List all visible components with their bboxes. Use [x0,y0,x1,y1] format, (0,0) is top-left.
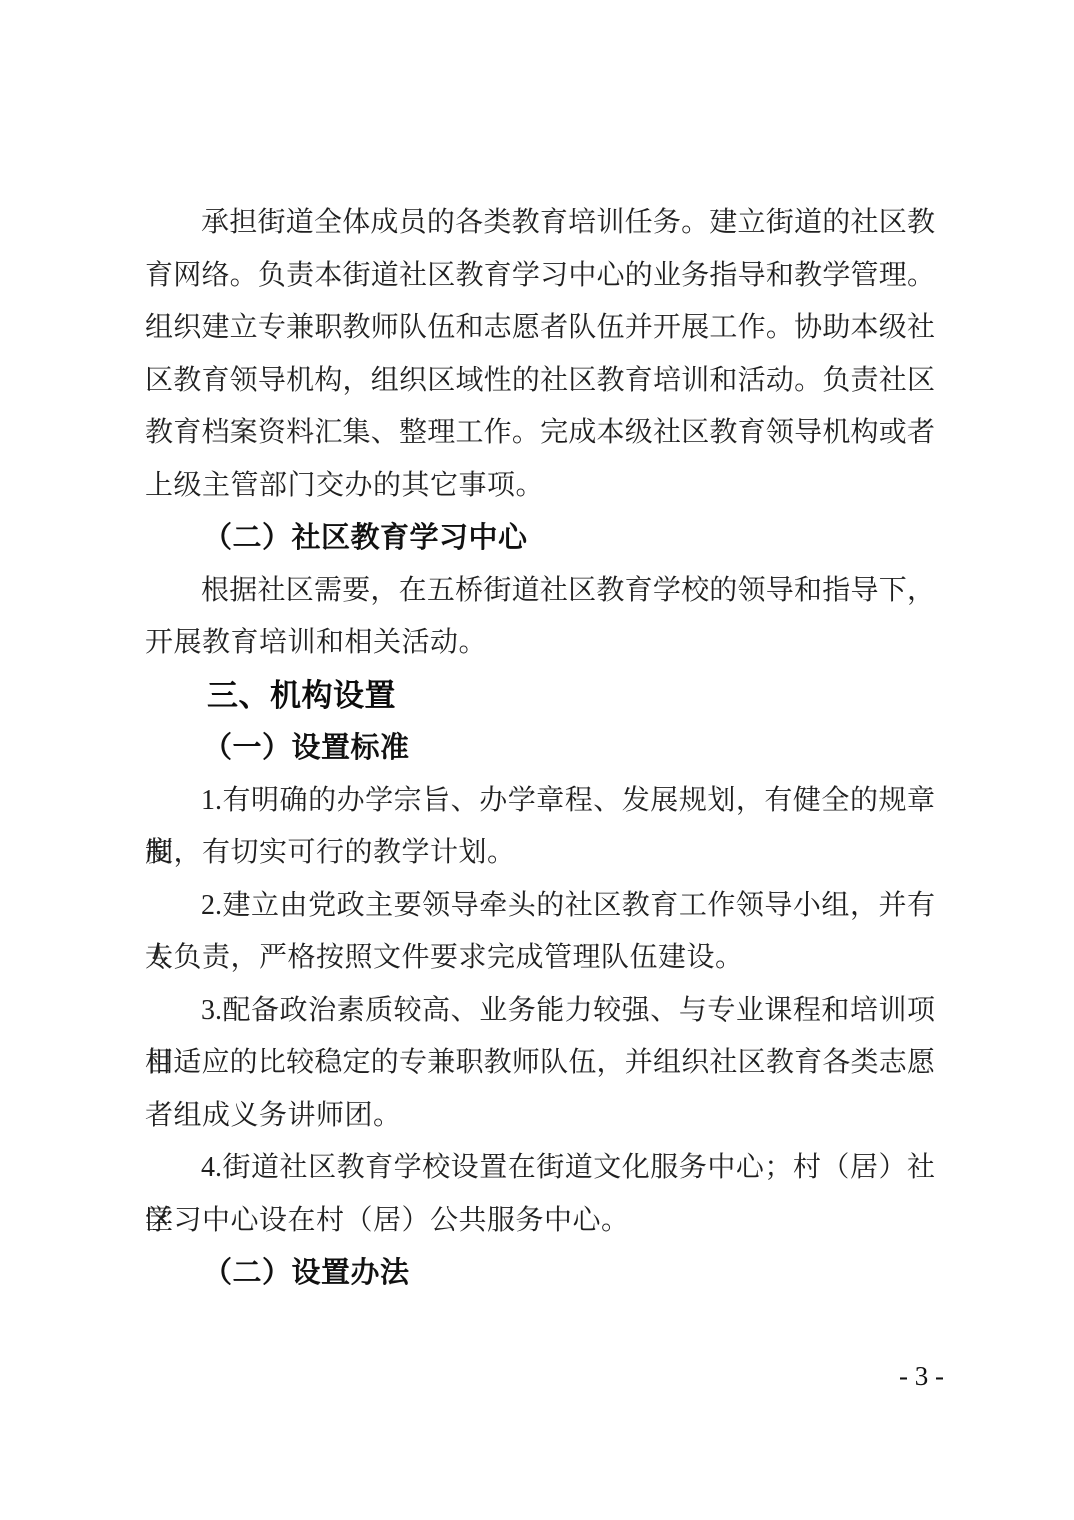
text-line: 2.建立由党政主要领导牵头的社区教育工作领导小组，并有专 [145,880,935,933]
text-line: 上级主管部门交办的其它事项。 [145,460,935,513]
text-line: 根据社区需要，在五桥街道社区教育学校的领导和指导下， [145,565,935,618]
text-line: 育网络。负责本街道社区教育学习中心的业务指导和教学管理。 [145,250,935,303]
sub-heading: （二）设置办法 [145,1247,935,1300]
sub-heading: （一）设置标准 [145,722,935,775]
sub-heading: （二）社区教育学习中心 [145,512,935,565]
section-heading: 三、机构设置 [145,670,935,723]
text-line: 者组成义务讲师团。 [145,1090,935,1143]
text-line: 教育档案资料汇集、整理工作。完成本级社区教育领导机构或者 [145,407,935,460]
text-line: 学习中心设在村（居）公共服务中心。 [145,1195,935,1248]
document-body: 承担街道全体成员的各类教育培训任务。建立街道的社区教育网络。负责本街道社区教育学… [145,197,935,1300]
text-line: 组织建立专兼职教师队伍和志愿者队伍并开展工作。协助本级社 [145,302,935,355]
text-line: 度，有切实可行的教学计划。 [145,827,935,880]
text-line: 4.街道社区教育学校设置在街道文化服务中心；村（居）社区 [145,1142,935,1195]
text-line: 区教育领导机构，组织区域性的社区教育培训和活动。负责社区 [145,355,935,408]
document-page: 承担街道全体成员的各类教育培训任务。建立街道的社区教育网络。负责本街道社区教育学… [0,0,1074,1520]
text-line: 承担街道全体成员的各类教育培训任务。建立街道的社区教 [145,197,935,250]
text-line: 3.配备政治素质较高、业务能力较强、与专业课程和培训项目 [145,985,935,1038]
text-line: 相适应的比较稳定的专兼职教师队伍，并组织社区教育各类志愿 [145,1037,935,1090]
text-line: 1.有明确的办学宗旨、办学章程、发展规划，有健全的规章制 [145,775,935,828]
text-line: 开展教育培训和相关活动。 [145,617,935,670]
page-number: - 3 - [899,1355,944,1397]
text-line: 人负责，严格按照文件要求完成管理队伍建设。 [145,932,935,985]
